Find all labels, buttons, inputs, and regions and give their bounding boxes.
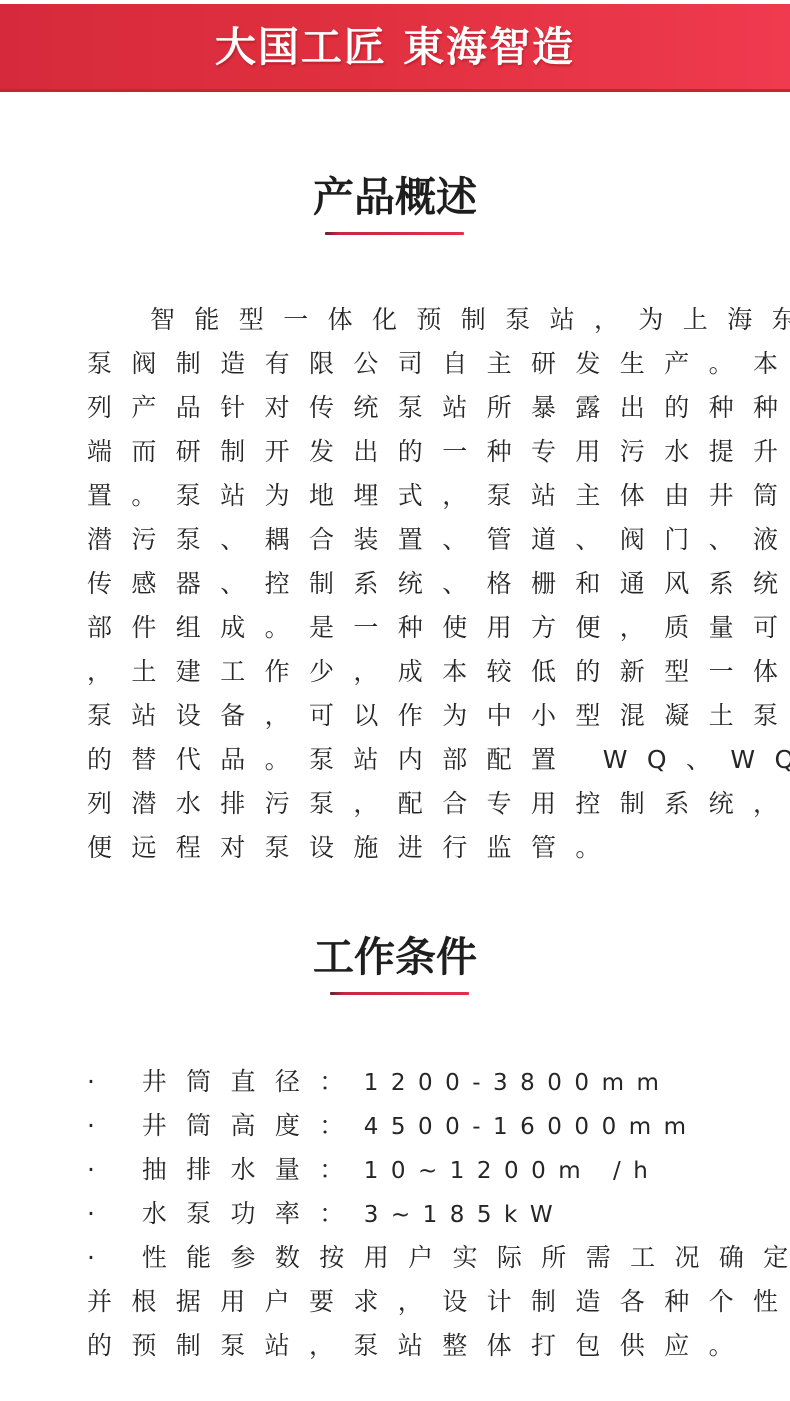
spec-value: 4500-16000mm xyxy=(364,1114,699,1140)
paragraph-line: 部件组成。是一种使用方便，质量可靠 xyxy=(87,606,747,650)
overview-heading-underline xyxy=(325,232,464,235)
paragraph-line: 的替代品。泵站内部配置 WQ、WQJ等系 xyxy=(87,738,747,782)
paragraph-line: 列潜水排污泵，配合专用控制系统，以 xyxy=(87,782,747,826)
brand-banner: 大国工匠 東海智造 xyxy=(0,4,790,92)
overview-heading: 产品概述 xyxy=(0,173,790,221)
spec-note-line: 的预制泵站，泵站整体打包供应。 xyxy=(87,1324,747,1368)
overview-paragraph: 智能型一体化预制泵站，为上海东海 泵阀制造有限公司自主研发生产。本系 列产品针对… xyxy=(87,298,747,870)
spec-label: · 井筒直径： xyxy=(87,1067,364,1096)
spec-value: 10~1200m /h xyxy=(364,1158,661,1184)
conditions-heading: 工作条件 xyxy=(0,933,790,981)
spec-item-well-diameter: · 井筒直径：1200-3800mm xyxy=(87,1060,747,1104)
spec-label: · 抽排水量： xyxy=(87,1155,364,1184)
conditions-heading-underline xyxy=(330,992,469,995)
spec-item-pump-power: · 水泵功率：3~185kW xyxy=(87,1192,747,1236)
spec-value: 3~185kW xyxy=(364,1202,565,1228)
paragraph-line: 泵站设备，可以作为中小型混凝土泵站 xyxy=(87,694,747,738)
spec-item-well-height: · 井筒高度：4500-16000mm xyxy=(87,1104,747,1148)
spec-label: · 水泵功率： xyxy=(87,1199,364,1228)
paragraph-line: 泵阀制造有限公司自主研发生产。本系 xyxy=(87,342,747,386)
paragraph-line: 端而研制开发出的一种专用污水提升装 xyxy=(87,430,747,474)
spec-value: 1200-3800mm xyxy=(364,1070,672,1096)
spec-note-line: 并根据用户要求，设计制造各种个性化 xyxy=(87,1280,747,1324)
banner-title: 大国工匠 東海智造 xyxy=(215,14,575,73)
paragraph-line: 便远程对泵设施进行监管。 xyxy=(87,826,747,870)
paragraph-line: 传感器、控制系统、格栅和通风系统等 xyxy=(87,562,747,606)
spec-note-line: · 性能参数按用户实际所需工况确定， xyxy=(87,1236,747,1280)
spec-item-flow-rate: · 抽排水量：10~1200m /h xyxy=(87,1148,747,1192)
paragraph-line: 潜污泵、耦合装置、管道、阀门、液位 xyxy=(87,518,747,562)
paragraph-line: 置。泵站为地埋式，泵站主体由井筒、 xyxy=(87,474,747,518)
paragraph-line: 列产品针对传统泵站所暴露出的种种弊 xyxy=(87,386,747,430)
paragraph-line: ，土建工作少，成本较低的新型一体化 xyxy=(87,650,747,694)
paragraph-line: 智能型一体化预制泵站，为上海东海 xyxy=(87,298,747,342)
spec-label: · 井筒高度： xyxy=(87,1111,364,1140)
conditions-spec-list: · 井筒直径：1200-3800mm · 井筒高度：4500-16000mm ·… xyxy=(87,1060,747,1368)
